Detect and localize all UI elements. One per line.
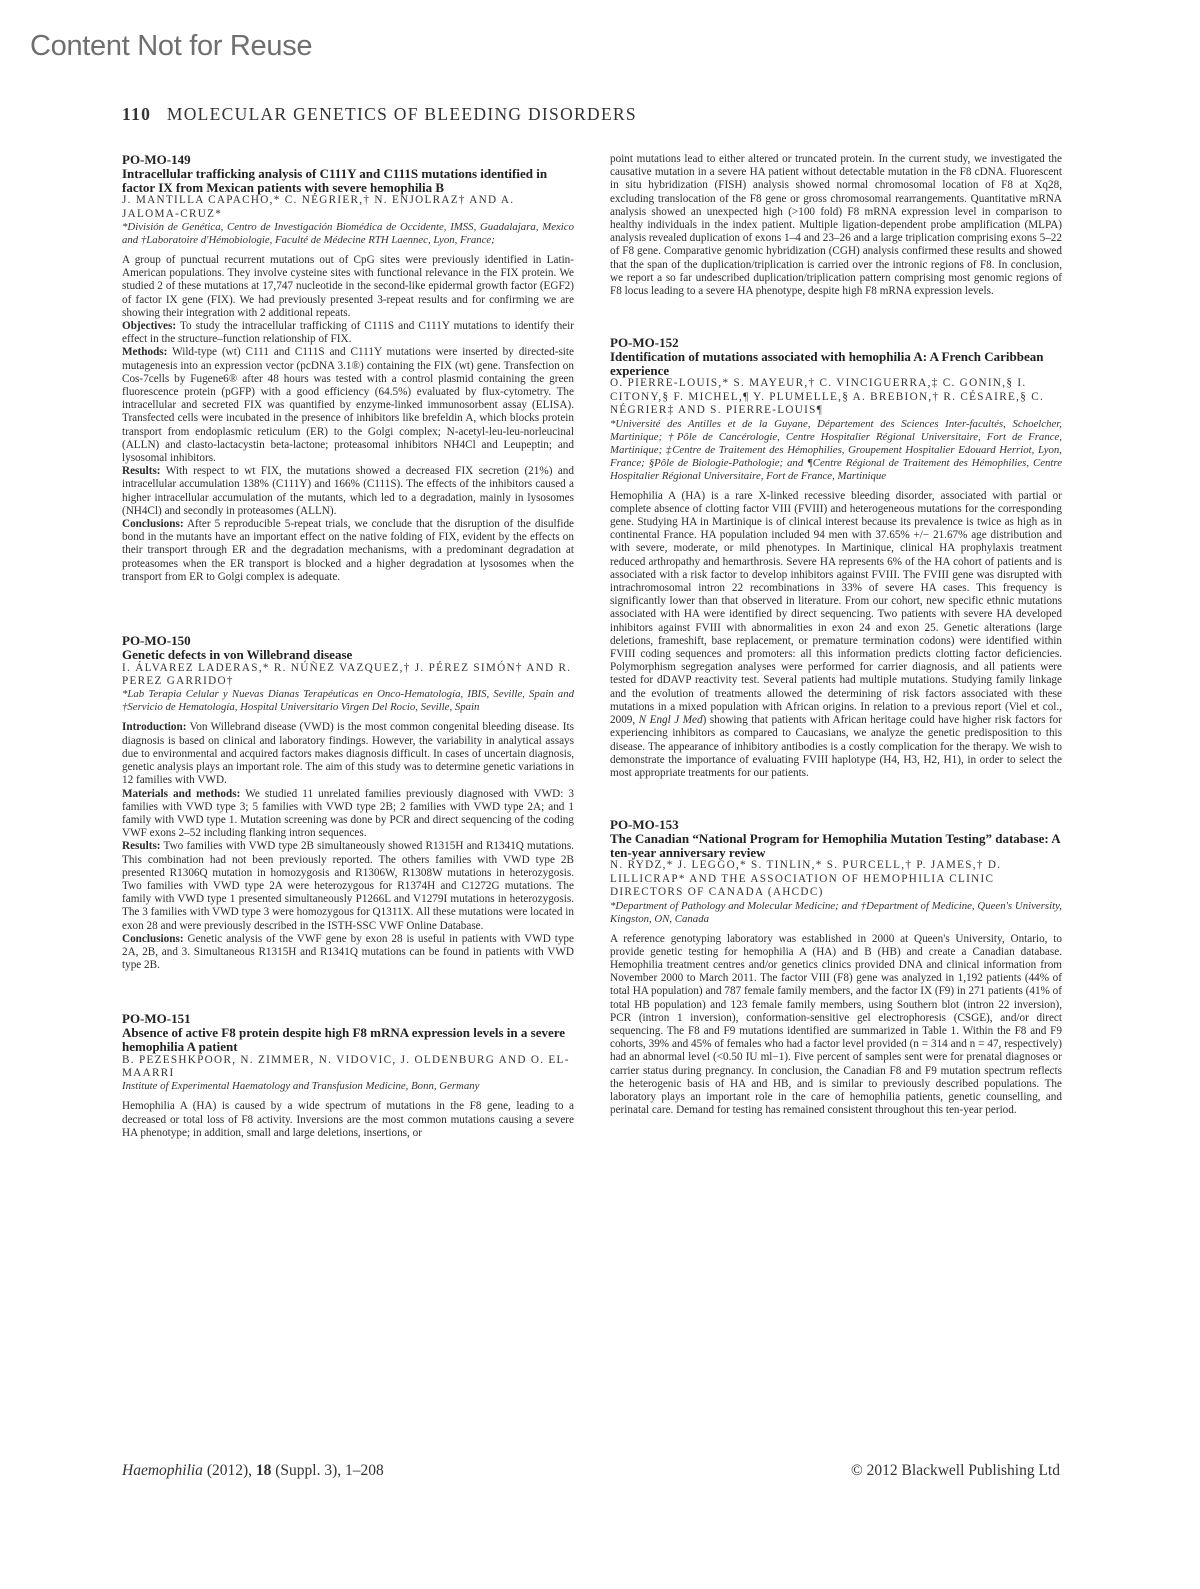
journal-citation: N Engl J Med xyxy=(639,714,703,726)
journal-name: Haemophilia xyxy=(122,1462,203,1479)
abstract-id: PO-MO-149 xyxy=(122,153,574,167)
watermark: Content Not for Reuse xyxy=(30,30,312,63)
results-label: Results: xyxy=(122,465,161,477)
objectives-text: To study the intracellular trafficking o… xyxy=(122,320,574,345)
abstract-title: Identification of mutations associated w… xyxy=(610,350,1062,377)
running-header: 110 MOLECULAR GENETICS OF BLEEDING DISOR… xyxy=(122,104,637,125)
results-label: Results: xyxy=(122,840,161,852)
abstract-id: PO-MO-151 xyxy=(122,1012,574,1026)
abstract-po-mo-151-continued: point mutations lead to either altered o… xyxy=(610,153,1062,298)
abstract-title: The Canadian “National Program for Hemop… xyxy=(610,832,1062,859)
journal-volume: 18 xyxy=(256,1462,272,1479)
conclusions-label: Conclusions: xyxy=(122,518,184,530)
abstract-title: Absence of active F8 protein despite hig… xyxy=(122,1026,574,1053)
abstract-body: Hemophilia A (HA) is caused by a wide sp… xyxy=(122,1100,574,1140)
abstract-authors: J. MANTILLA CAPACHO,* C. NÉGRIER,† N. EN… xyxy=(122,194,574,221)
conclusions-label: Conclusions: xyxy=(122,933,184,945)
abstract-affiliations: *División de Genética, Centro de Investi… xyxy=(122,221,574,247)
body-pre: Hemophilia A (HA) is a rare X-linked rec… xyxy=(610,490,1062,726)
abstract-results: Results: Two families with VWD type 2B s… xyxy=(122,840,574,932)
journal-issue: (Suppl. 3), 1–208 xyxy=(275,1462,384,1479)
abstract-text: A reference genotyping laboratory was es… xyxy=(610,933,1062,1118)
abstract-conclusions: Conclusions: Genetic analysis of the VWF… xyxy=(122,933,574,973)
abstract-body: Hemophilia A (HA) is a rare X-linked rec… xyxy=(610,490,1062,780)
page-number: 110 xyxy=(122,104,151,124)
conclusions-text: Genetic analysis of the VWF gene by exon… xyxy=(122,933,574,971)
abstract-objectives: Objectives: To study the intracellular t… xyxy=(122,320,574,346)
abstract-po-mo-153: PO-MO-153 The Canadian “National Program… xyxy=(610,818,1062,1117)
footer-citation: Haemophilia (2012), 18 (Suppl. 3), 1–208 xyxy=(122,1462,384,1480)
abstract-intro: A group of punctual recurrent mutations … xyxy=(122,254,574,320)
abstract-po-mo-149: PO-MO-149 Intracellular trafficking anal… xyxy=(122,153,574,584)
abstract-id: PO-MO-152 xyxy=(610,336,1062,350)
footer-copyright: © 2012 Blackwell Publishing Ltd xyxy=(851,1462,1060,1480)
methods-text: Wild-type (wt) C111 and C111S and C111Y … xyxy=(122,346,574,464)
abstract-title: Intracellular trafficking analysis of C1… xyxy=(122,167,574,194)
methods-label: Materials and methods: xyxy=(122,788,240,800)
abstract-affiliations: Institute of Experimental Haematology an… xyxy=(122,1080,574,1093)
abstract-body: Introduction: Von Willebrand disease (VW… xyxy=(122,721,574,972)
abstract-id: PO-MO-150 xyxy=(122,634,574,648)
methods-label: Methods: xyxy=(122,346,167,358)
abstract-po-mo-152: PO-MO-152 Identification of mutations as… xyxy=(610,336,1062,780)
abstract-title: Genetic defects in von Willebrand diseas… xyxy=(122,648,574,662)
abstract-id: PO-MO-153 xyxy=(610,818,1062,832)
abstract-body: A group of punctual recurrent mutations … xyxy=(122,254,574,584)
abstract-body-part2: point mutations lead to either altered o… xyxy=(610,153,1062,298)
abstract-methods: Methods: Wild-type (wt) C111 and C111S a… xyxy=(122,346,574,465)
abstract-po-mo-151: PO-MO-151 Absence of active F8 protein d… xyxy=(122,1012,574,1140)
conclusions-text: After 5 reproducible 5-repeat trials, we… xyxy=(122,518,574,583)
abstract-affiliations: *Université des Antilles et de la Guyane… xyxy=(610,418,1062,483)
abstract-affiliations: *Lab Terapia Celular y Nuevas Dianas Ter… xyxy=(122,688,574,714)
introduction-label: Introduction: xyxy=(122,721,186,733)
abstract-authors: B. PEZESHKPOOR, N. ZIMMER, N. VIDOVIC, J… xyxy=(122,1054,574,1081)
abstract-body-part1: Hemophilia A (HA) is caused by a wide sp… xyxy=(122,1100,574,1140)
abstract-results: Results: With respect to wt FIX, the mut… xyxy=(122,465,574,518)
objectives-label: Objectives: xyxy=(122,320,176,332)
results-text: With respect to wt FIX, the mutations sh… xyxy=(122,465,574,517)
abstract-authors: O. PIERRE-LOUIS,* S. MAYEUR,† C. VINCIGU… xyxy=(610,377,1062,417)
abstract-authors: N. RYDZ,* J. LEGGO,* S. TINLIN,* S. PURC… xyxy=(610,859,1062,899)
abstract-po-mo-150: PO-MO-150 Genetic defects in von Willebr… xyxy=(122,634,574,972)
abstract-methods: Materials and methods: We studied 11 unr… xyxy=(122,788,574,841)
abstract-affiliations: *Department of Pathology and Molecular M… xyxy=(610,900,1062,926)
abstract-text: Hemophilia A (HA) is a rare X-linked rec… xyxy=(610,490,1062,780)
abstract-authors: I. ÁLVAREZ LADERAS,* R. NÚÑEZ VAZQUEZ,† … xyxy=(122,662,574,689)
section-title: MOLECULAR GENETICS OF BLEEDING DISORDERS xyxy=(167,104,637,124)
abstract-introduction: Introduction: Von Willebrand disease (VW… xyxy=(122,721,574,787)
introduction-text: Von Willebrand disease (VWD) is the most… xyxy=(122,721,574,786)
left-column: PO-MO-149 Intracellular trafficking anal… xyxy=(122,153,574,1140)
abstract-body: A reference genotyping laboratory was es… xyxy=(610,933,1062,1118)
journal-year: (2012), xyxy=(207,1462,252,1479)
results-text: Two families with VWD type 2B simultaneo… xyxy=(122,840,574,931)
right-column: point mutations lead to either altered o… xyxy=(610,153,1062,1117)
abstract-conclusions: Conclusions: After 5 reproducible 5-repe… xyxy=(122,518,574,584)
